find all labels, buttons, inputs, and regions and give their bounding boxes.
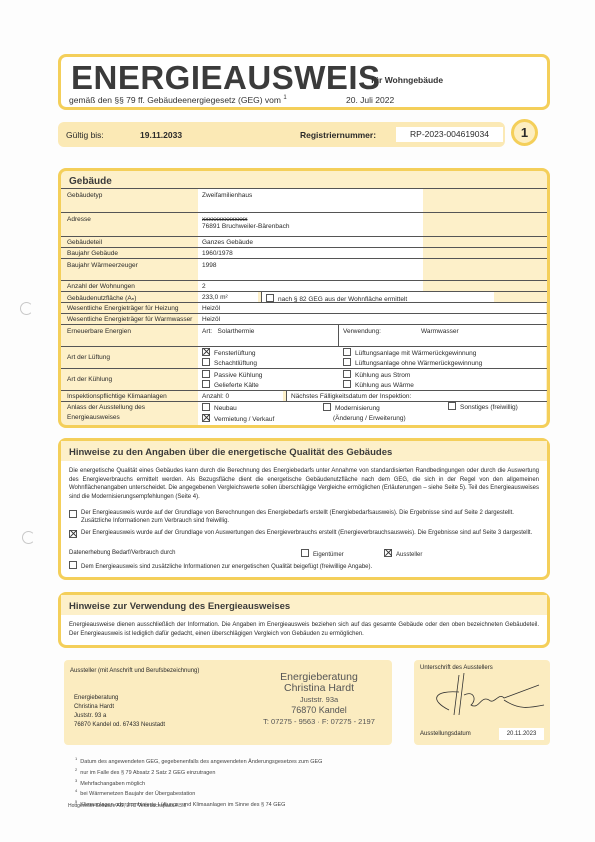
punch-hole bbox=[22, 531, 35, 544]
issuer-label: Aussteller (mit Anschrift und Berufsbeze… bbox=[70, 668, 199, 674]
option-additional: Dem Energieausweis sind zusätzliche Info… bbox=[69, 561, 539, 571]
validity-bar: Gültig bis: 19.11.2033 Registriernummer:… bbox=[58, 122, 505, 147]
issuer-box: Aussteller (mit Anschrift und Berufsbeze… bbox=[64, 660, 392, 745]
law-reference: gemäß den §§ 79 ff. Gebäudeenergiegesetz… bbox=[69, 95, 287, 105]
option-consumption: Der Energieausweis wurde auf der Grundla… bbox=[69, 529, 539, 537]
issuer-stamp: Energieberatung Christina Hardt Juststr.… bbox=[249, 672, 389, 727]
reason-other-checkbox[interactable] bbox=[448, 402, 456, 410]
row-year-heater: Baujahr Wärmeerzeuger 1998 bbox=[61, 258, 550, 281]
vent-window-checkbox[interactable] bbox=[202, 348, 210, 356]
document-subtitle: für Wohngebäude bbox=[371, 75, 443, 85]
registration-label: Registriernummer: bbox=[300, 130, 376, 140]
software-credit: Hottgenroth Software AG, ETU Verbrauchsp… bbox=[68, 803, 186, 809]
building-section: Gebäude Gebäudetyp Zweifamilienhaus Adre… bbox=[58, 168, 550, 428]
usage-text: Energieausweise dienen ausschließlich de… bbox=[69, 621, 539, 638]
cool-electric-checkbox[interactable] bbox=[343, 370, 351, 378]
quality-notes-section: Hinweise zu den Angaben über die energet… bbox=[58, 438, 550, 580]
row-building-type: Gebäudetyp Zweifamilienhaus bbox=[61, 188, 550, 213]
row-ventilation: Art der Lüftung Fensterlüftung Schachtlü… bbox=[61, 346, 550, 369]
signature-scribble bbox=[419, 670, 549, 720]
consumption-checkbox[interactable] bbox=[69, 530, 77, 538]
area-option-checkbox[interactable] bbox=[266, 294, 274, 302]
vent-heat-recovery-checkbox[interactable] bbox=[343, 348, 351, 356]
row-cooling: Art der Kühlung Passive Kühlung Geliefer… bbox=[61, 368, 550, 391]
reason-rent-sale-checkbox[interactable] bbox=[202, 414, 210, 422]
cool-passive-checkbox[interactable] bbox=[202, 370, 210, 378]
section-title: Hinweise zur Verwendung des Energieauswe… bbox=[69, 601, 290, 612]
punch-hole bbox=[20, 302, 33, 315]
footnotes: 1 Datum des angewendeten GEG, gegebenenf… bbox=[75, 755, 322, 809]
header-box: ENERGIEAUSWEIS für Wohngebäude gemäß den… bbox=[58, 54, 550, 110]
cool-delivered-checkbox[interactable] bbox=[202, 380, 210, 388]
valid-until-value: 19.11.2033 bbox=[140, 130, 182, 140]
additional-info-checkbox[interactable] bbox=[69, 561, 77, 569]
issue-date-label: Ausstellungsdatum bbox=[420, 731, 471, 737]
document-title: ENERGIEAUSWEIS bbox=[71, 59, 381, 97]
row-renewable: Erneuerbare Energien Art: Solarthermie V… bbox=[61, 324, 550, 347]
reason-new-checkbox[interactable] bbox=[202, 403, 210, 411]
registration-number: RP-2023-004619034 bbox=[396, 127, 503, 142]
cool-heat-checkbox[interactable] bbox=[343, 380, 351, 388]
owner-checkbox[interactable] bbox=[301, 549, 309, 557]
law-date: 20. Juli 2022 bbox=[346, 95, 394, 105]
row-reason: Anlass der Ausstellung desEnergieausweis… bbox=[61, 401, 550, 426]
reason-modernization-checkbox[interactable] bbox=[323, 403, 331, 411]
vent-shaft-checkbox[interactable] bbox=[202, 358, 210, 366]
issue-date-value: 20.11.2023 bbox=[499, 728, 544, 740]
vent-no-recovery-checkbox[interactable] bbox=[343, 358, 351, 366]
quality-intro-text: Die energetische Qualität eines Gebäudes… bbox=[69, 467, 539, 501]
option-demand: Der Energieausweis wurde auf der Grundla… bbox=[69, 509, 539, 525]
valid-until-label: Gültig bis: bbox=[66, 130, 104, 140]
row-address: Adresse xxxxxxxxxxxxxx76891 Bruchweiler-… bbox=[61, 212, 550, 237]
demand-checkbox[interactable] bbox=[69, 510, 77, 518]
issuer-checkbox[interactable] bbox=[384, 549, 392, 557]
section-title: Gebäude bbox=[69, 176, 112, 187]
data-collection-row: Datenerhebung Bedarf/Verbrauch durch Eig… bbox=[69, 549, 539, 557]
page-number-badge: 1 bbox=[511, 119, 538, 146]
signature-box: Unterschrift des Ausstellers Ausstellung… bbox=[414, 660, 550, 745]
usage-notes-section: Hinweise zur Verwendung des Energieauswe… bbox=[58, 592, 550, 648]
section-title: Hinweise zu den Angaben über die energet… bbox=[69, 447, 392, 458]
